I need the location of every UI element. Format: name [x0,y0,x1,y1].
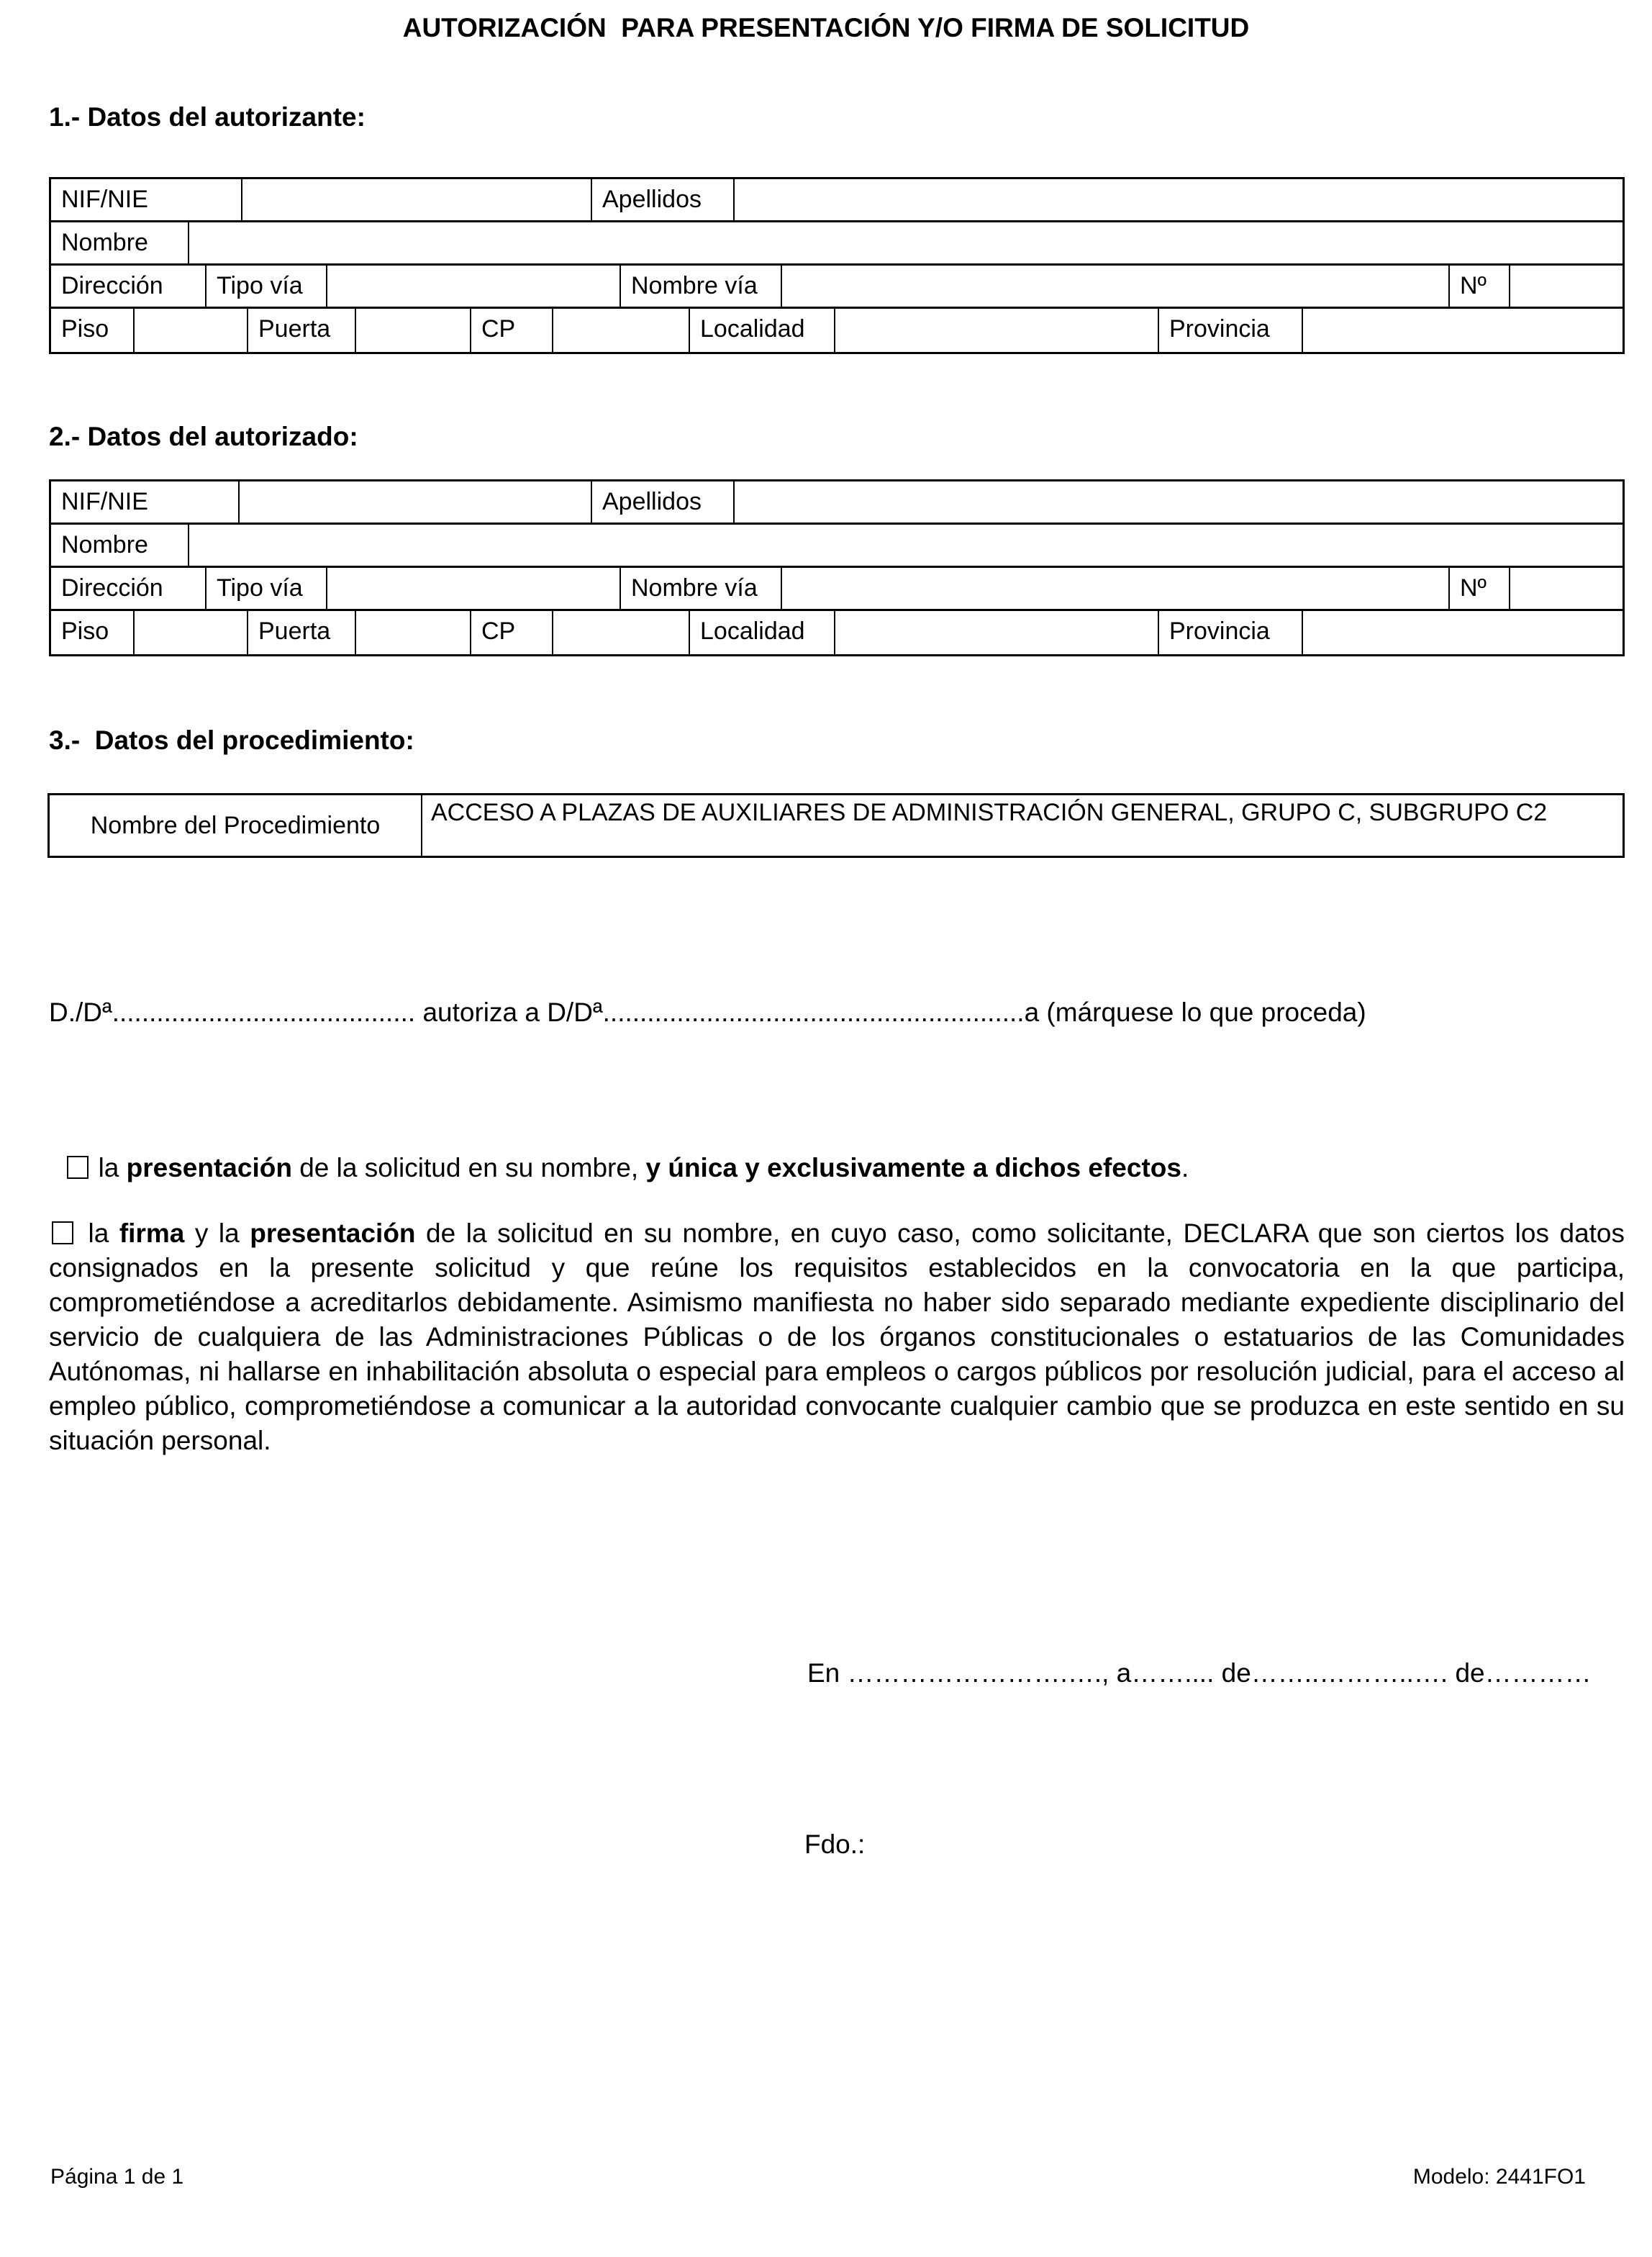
direccion-label: Dirección [51,568,206,609]
nombre-via-label: Nombre vía [619,568,782,609]
authorized-cp-field[interactable] [552,611,690,654]
authorized-provincia-field[interactable] [1302,611,1622,654]
section2-heading: 2.- Datos del autorizado: [49,422,358,452]
authorizer-cp-field[interactable] [552,309,690,352]
provincia-label: Provincia [1158,309,1303,352]
nif-label: NIF/NIE [51,179,242,220]
numero-label: Nº [1448,568,1510,609]
authorized-piso-field[interactable] [133,611,248,654]
option-signature-presentation: la firma y la presentación de la solicit… [49,1216,1625,1458]
nombre-label: Nombre [51,222,189,263]
authorizer-row-location: Piso Puerta CP Localidad Provincia [51,309,1622,352]
model-code: Modelo: 2441FO1 [1413,2165,1586,2189]
option1-bold-presentacion: presentación [127,1153,292,1182]
presentation-checkbox[interactable] [67,1156,88,1179]
authorizer-row-name: Nombre [51,222,1622,266]
option2-bold-presentacion: presentación [250,1218,415,1248]
authorizer-nombre-field[interactable] [188,222,1622,263]
localidad-label: Localidad [689,611,835,654]
provincia-label: Provincia [1158,611,1303,654]
signature-checkbox[interactable] [52,1221,73,1244]
apellidos-label: Apellidos [591,179,735,220]
procedure-label: Nombre del Procedimiento [50,795,422,856]
apellidos-label: Apellidos [591,481,735,523]
authorized-nif-field[interactable] [238,481,592,523]
authorizer-piso-field[interactable] [133,309,248,352]
authorized-localidad-field[interactable] [834,611,1159,654]
tipo-via-label: Tipo vía [205,266,327,307]
authorizer-numero-field[interactable] [1509,266,1622,307]
authorized-nombre-field[interactable] [188,525,1622,566]
section3-heading: 3.- Datos del procedimiento: [49,725,414,756]
option2-bold-firma: firma [119,1218,184,1248]
authorized-puerta-field[interactable] [355,611,471,654]
authorized-apellidos-field[interactable] [733,481,1622,523]
authorization-statement: D./Dª...................................… [49,998,1366,1028]
signature-label: Fdo.: [804,1829,865,1860]
numero-label: Nº [1448,266,1510,307]
authorized-numero-field[interactable] [1509,568,1622,609]
authorizer-localidad-field[interactable] [834,309,1159,352]
option1-text: de la solicitud en su nombre, [292,1153,646,1182]
document-title: AUTORIZACIÓN PARA PRESENTACIÓN Y/O FIRMA… [0,13,1652,43]
procedure-table: Nombre del Procedimiento ACCESO A PLAZAS… [47,793,1625,858]
cp-label: CP [470,611,553,654]
cp-label: CP [470,309,553,352]
authorizer-nombre-via-field[interactable] [781,266,1450,307]
authorized-row-name: Nombre [51,525,1622,568]
authorizer-row-id: NIF/NIE Apellidos [51,179,1622,222]
authorizer-table: NIF/NIE Apellidos Nombre Dirección Tipo … [49,177,1625,354]
puerta-label: Puerta [247,611,356,654]
option2-declaration-text: de la solicitud en su nombre, en cuyo ca… [49,1218,1625,1455]
option-presentation: la presentación de la solicitud en su no… [52,1123,1189,1183]
option1-text: . [1181,1153,1189,1182]
section1-heading: 1.- Datos del autorizante: [49,102,366,132]
authorized-table: NIF/NIE Apellidos Nombre Dirección Tipo … [49,479,1625,656]
nombre-via-label: Nombre vía [619,266,782,307]
option1-text: la [99,1153,127,1182]
authorized-tipo-via-field[interactable] [326,568,621,609]
authorizer-tipo-via-field[interactable] [326,266,621,307]
nombre-label: Nombre [51,525,189,566]
authorized-nombre-via-field[interactable] [781,568,1450,609]
localidad-label: Localidad [689,309,835,352]
authorizer-puerta-field[interactable] [355,309,471,352]
authorized-row-id: NIF/NIE Apellidos [51,481,1622,525]
piso-label: Piso [51,309,135,352]
place-date-line: En …………………….…., a…….... de……..………..…. de… [807,1658,1592,1688]
authorized-row-location: Piso Puerta CP Localidad Provincia [51,611,1622,654]
page-number: Página 1 de 1 [50,2165,183,2189]
authorized-row-address: Dirección Tipo vía Nombre vía Nº [51,568,1622,611]
authorizer-nif-field[interactable] [241,179,592,220]
nif-label: NIF/NIE [51,481,240,523]
option2-text: la [78,1218,119,1248]
authorizer-apellidos-field[interactable] [733,179,1622,220]
option1-bold-exclusive: y única y exclusivamente a dichos efecto… [646,1153,1181,1182]
authorizer-row-address: Dirección Tipo vía Nombre vía Nº [51,266,1622,309]
procedure-value: ACCESO A PLAZAS DE AUXILIARES DE ADMINIS… [431,798,1615,827]
authorizer-provincia-field[interactable] [1302,309,1622,352]
puerta-label: Puerta [247,309,356,352]
option2-text: y la [184,1218,250,1248]
tipo-via-label: Tipo vía [205,568,327,609]
piso-label: Piso [51,611,135,654]
direccion-label: Dirección [51,266,206,307]
